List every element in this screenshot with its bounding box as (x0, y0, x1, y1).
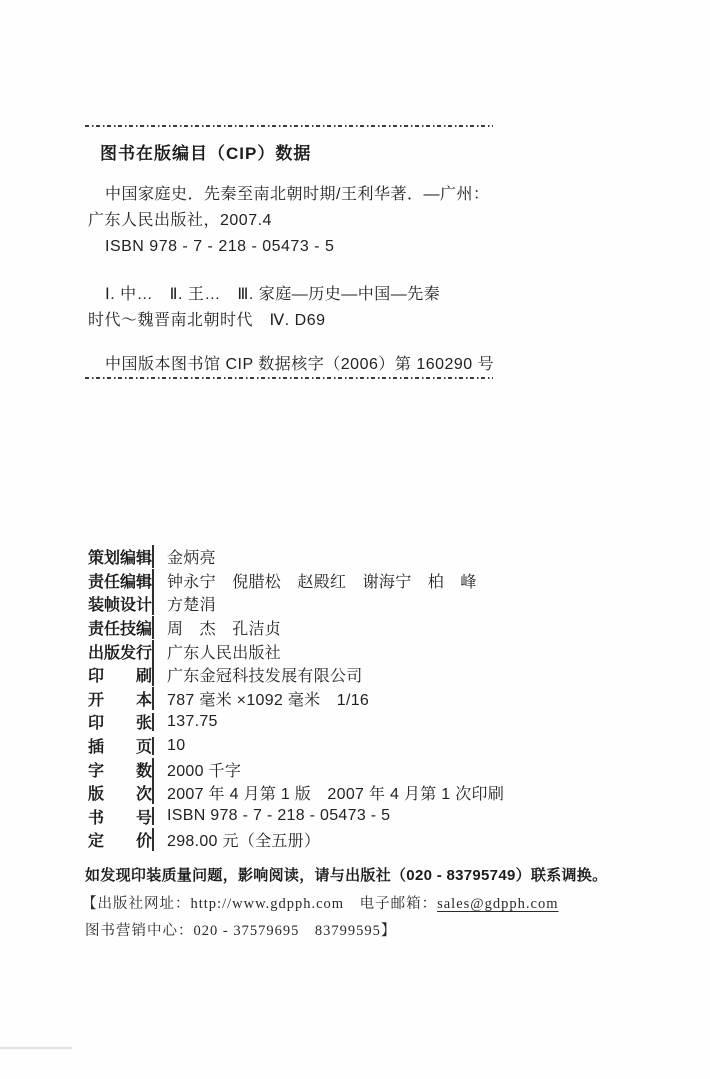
colophon-table: 策划编辑 金炳亮 责任编辑 钟永宁 倪腊松 赵殿红 谢海宁 柏 峰 装帧设计 方… (88, 545, 504, 852)
publisher-website-and-email-label: 【出版社网址：http://www.gdpph.com 电子邮箱： (82, 896, 437, 912)
cip-entry-line2: 广东人民出版社，2007.4 (88, 208, 489, 234)
cip-record-number: 中国版本图书馆 CIP 数据核字（2006）第 160290 号 (105, 351, 494, 374)
colophon-row: 版 次 2007 年 4 月第 1 版 2007 年 4 月第 1 次印刷 (88, 781, 504, 805)
dotted-divider-top (85, 125, 493, 127)
colophon-row: 印 张 137.75 (88, 710, 504, 734)
colophon-row-value: 298.00 元（全五册） (152, 828, 320, 851)
colophon-row-label: 印 刷 (88, 663, 152, 686)
colophon-row-label: 印 张 (88, 710, 152, 733)
colophon-row-value: 787 毫米 ×1092 毫米 1/16 (152, 687, 369, 710)
cip-class-line2: 时代～魏晋南北朝时代 Ⅳ. D69 (88, 308, 440, 334)
cip-entry-isbn: ISBN 978 - 7 - 218 - 05473 - 5 (88, 234, 489, 260)
colophon-row-value: 10 (152, 737, 185, 755)
colophon-row: 策划编辑 金炳亮 (88, 545, 504, 569)
cip-entry-block: 中国家庭史．先秦至南北朝时期/王利华著．—广州： 广东人民出版社，2007.4 … (88, 182, 489, 260)
publisher-email: sales@gdpph.com (437, 896, 558, 912)
colophon-row-value: 金炳亮 (152, 545, 216, 568)
book-copyright-page: 图书在版编目（CIP）数据 中国家庭史．先秦至南北朝时期/王利华著．—广州： 广… (0, 0, 710, 1079)
quality-notice: 如发现印装质量问题，影响阅读，请与出版社（020 - 83795749）联系调换… (85, 864, 607, 885)
cip-entry-line1: 中国家庭史．先秦至南北朝时期/王利华著．—广州： (88, 182, 489, 208)
colophon-row-value: 2007 年 4 月第 1 版 2007 年 4 月第 1 次印刷 (152, 781, 504, 804)
colophon-row-value: 137.75 (152, 713, 218, 731)
scan-edge-artifact (0, 1047, 72, 1049)
colophon-row-label: 装帧设计 (88, 592, 152, 615)
colophon-row-value: 广东金冠科技发展有限公司 (152, 663, 363, 686)
colophon-row-label: 插 页 (88, 734, 152, 757)
colophon-row-value: 钟永宁 倪腊松 赵殿红 谢海宁 柏 峰 (152, 569, 477, 592)
colophon-row-label: 出版发行 (88, 640, 152, 663)
colophon-row: 责任编辑 钟永宁 倪腊松 赵殿红 谢海宁 柏 峰 (88, 569, 504, 593)
cip-heading: 图书在版编目（CIP）数据 (100, 139, 311, 164)
colophon-row: 出版发行 广东人民出版社 (88, 639, 504, 663)
cip-classification-block: Ⅰ. 中… Ⅱ. 王… Ⅲ. 家庭—历史—中国—先秦 时代～魏晋南北朝时代 Ⅳ.… (88, 282, 440, 334)
colophon-row-value: 方楚涓 (152, 592, 216, 615)
colophon-row: 责任技编 周 杰 孔洁贞 (88, 616, 504, 640)
colophon-row-value: 周 杰 孔洁贞 (152, 616, 281, 639)
colophon-row-label: 开 本 (88, 687, 152, 710)
publisher-contact-line2: 图书营销中心：020 - 37579695 83799595】 (85, 919, 396, 940)
colophon-row: 装帧设计 方楚涓 (88, 592, 504, 616)
colophon-row-label: 字 数 (88, 758, 152, 781)
colophon-row-label: 定 价 (88, 828, 152, 851)
colophon-row-label: 版 次 (88, 781, 152, 804)
colophon-row-label: 策划编辑 (88, 545, 152, 568)
colophon-row-value: ISBN 978 - 7 - 218 - 05473 - 5 (152, 807, 390, 825)
colophon-row-label: 责任技编 (88, 616, 152, 639)
cip-class-line1: Ⅰ. 中… Ⅱ. 王… Ⅲ. 家庭—历史—中国—先秦 (88, 282, 440, 308)
colophon-row: 印 刷 广东金冠科技发展有限公司 (88, 663, 504, 687)
colophon-row-value: 广东人民出版社 (152, 640, 281, 663)
colophon-row: 开 本 787 毫米 ×1092 毫米 1/16 (88, 687, 504, 711)
colophon-row: 字 数 2000 千字 (88, 757, 504, 781)
colophon-row: 定 价 298.00 元（全五册） (88, 828, 504, 852)
colophon-row-label: 书 号 (88, 805, 152, 828)
colophon-row-label: 责任编辑 (88, 569, 152, 592)
publisher-contact-line1: 【出版社网址：http://www.gdpph.com 电子邮箱：sales@g… (82, 892, 558, 913)
colophon-row: 书 号 ISBN 978 - 7 - 218 - 05473 - 5 (88, 805, 504, 829)
colophon-row-value: 2000 千字 (152, 758, 241, 781)
colophon-row: 插 页 10 (88, 734, 504, 758)
dotted-divider-bottom (85, 377, 493, 379)
